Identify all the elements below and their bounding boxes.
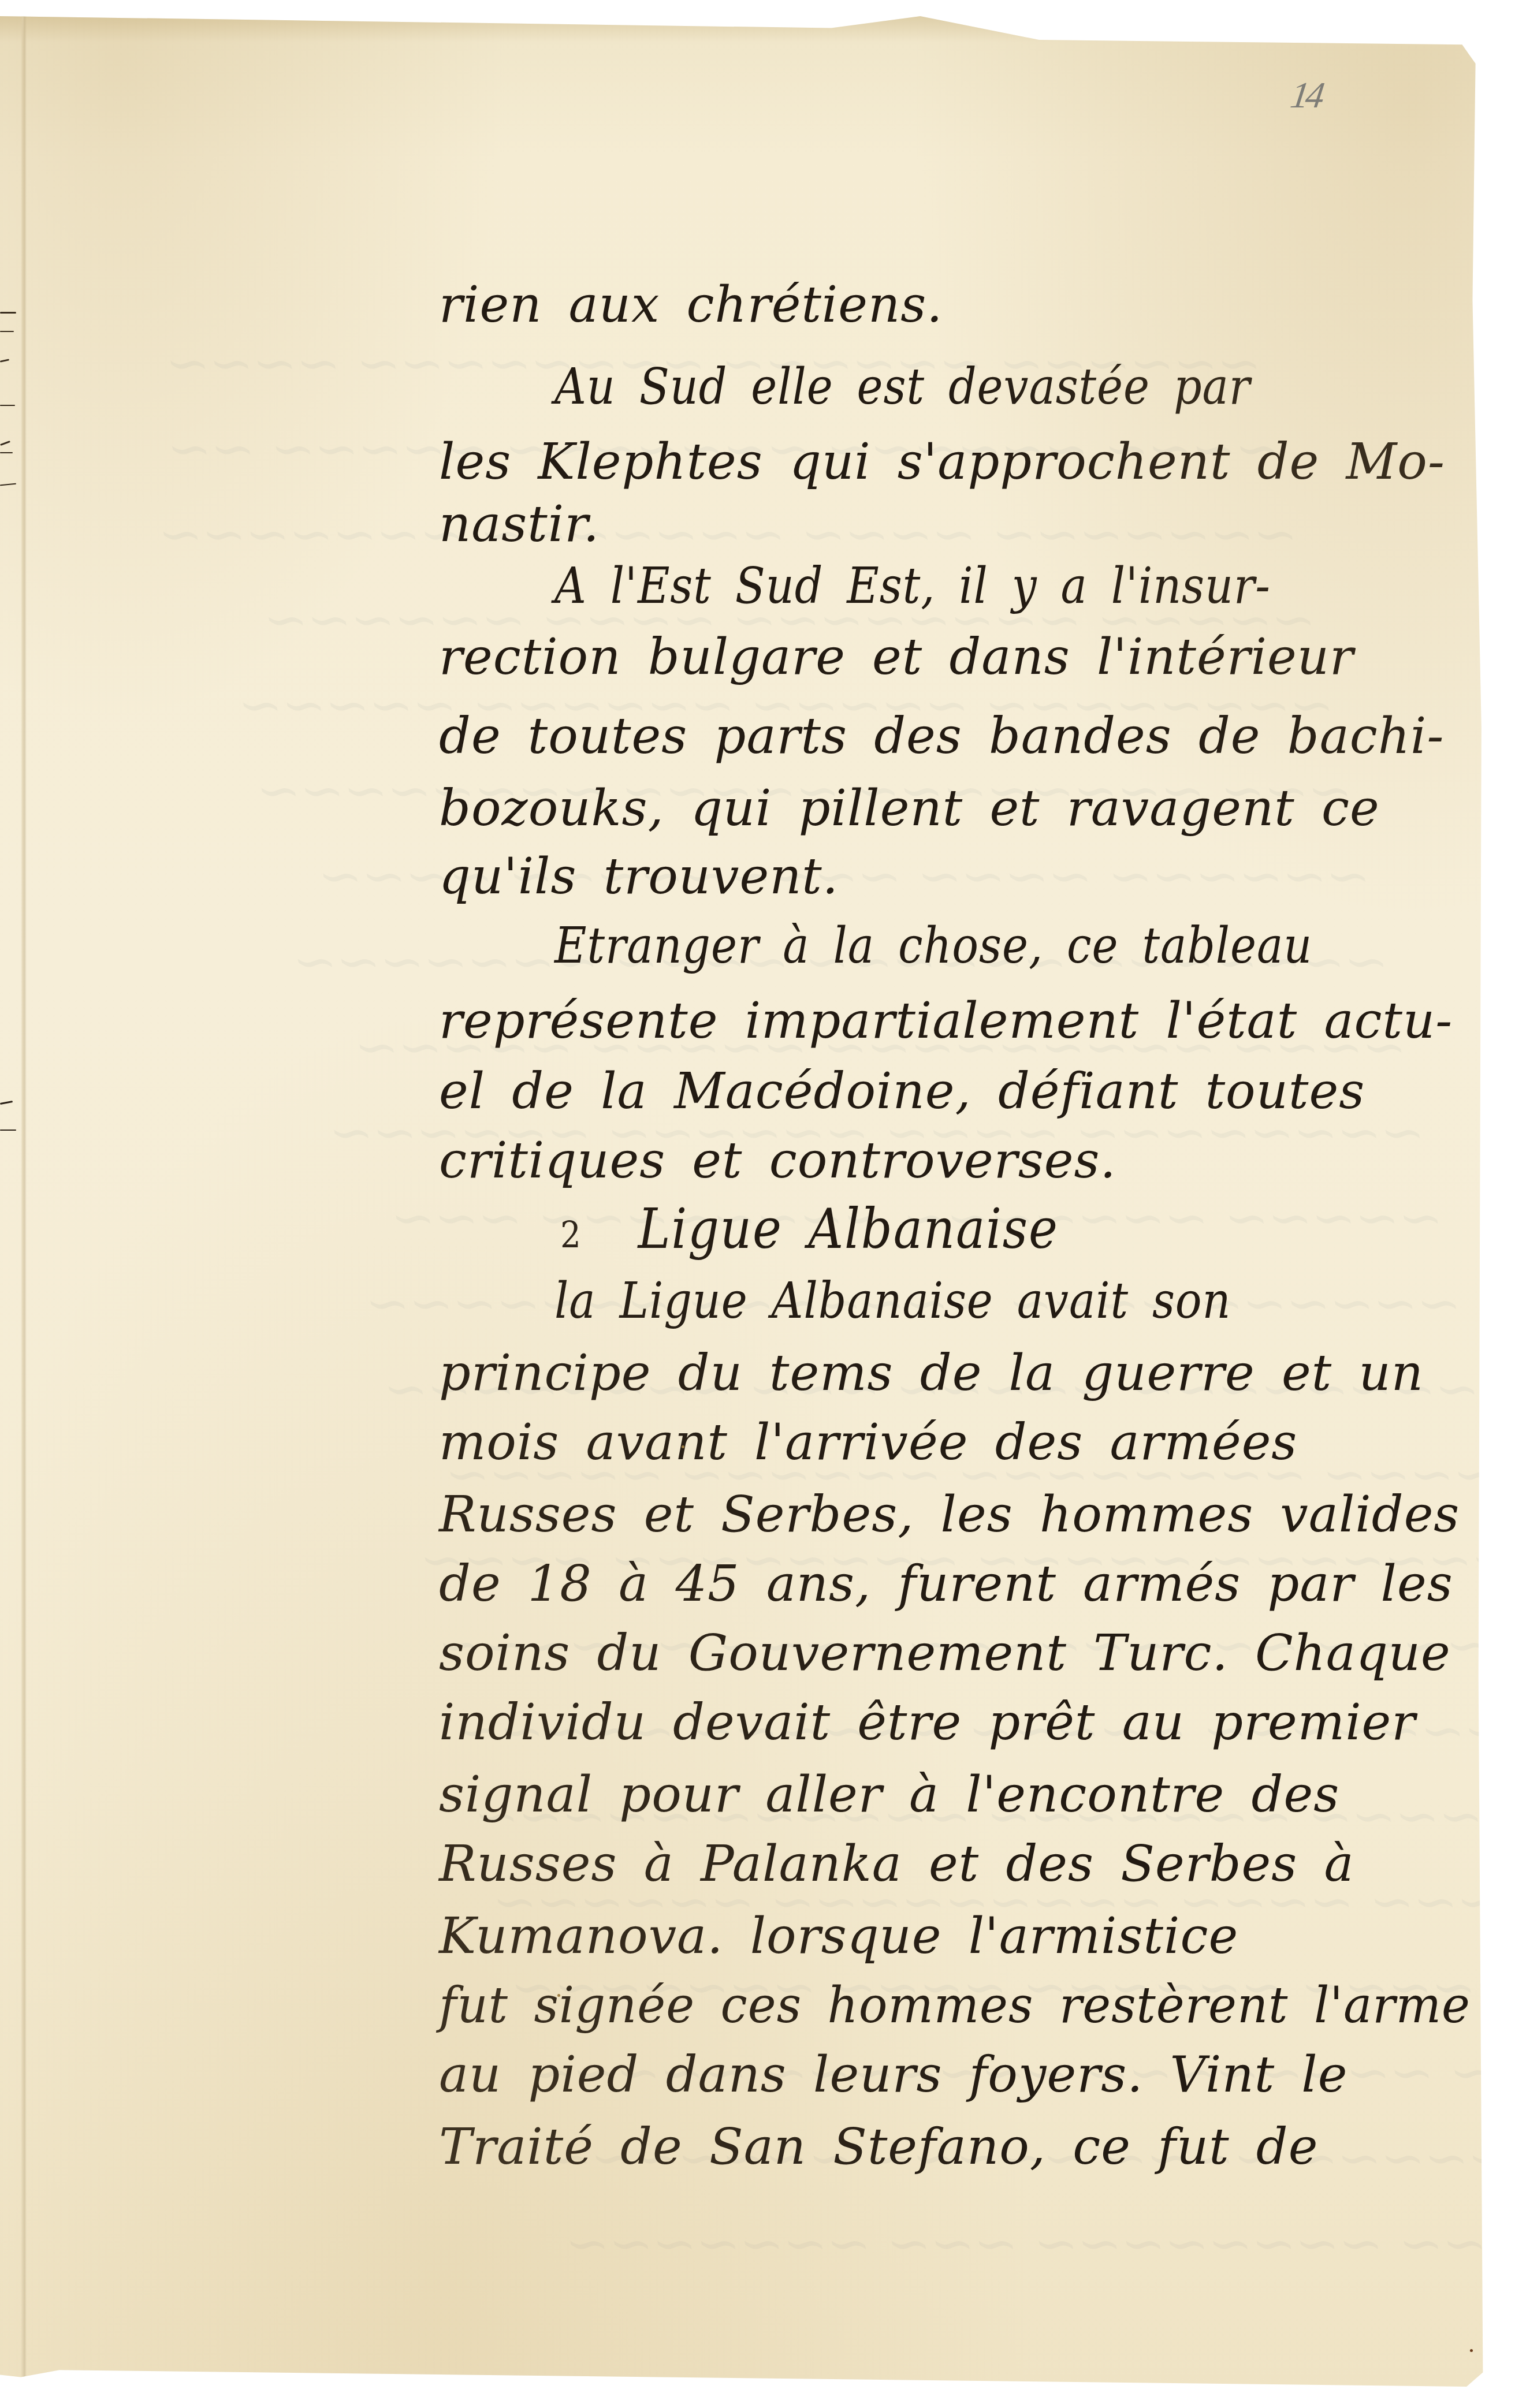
paper-speck xyxy=(557,1994,560,1997)
text-line: la Ligue Albanaise avait son xyxy=(554,1272,1469,1330)
paper-speck xyxy=(682,1445,684,1448)
text-line: principe du tems de la guerre et un xyxy=(439,1344,1470,1402)
text-line: de 18 à 45 ans, furent armés par les xyxy=(439,1555,1470,1613)
text-line: qu'ils trouvent. xyxy=(439,848,1470,905)
text-line: rection bulgare et dans l'intérieur xyxy=(439,628,1470,686)
text-line: de toutes parts des bandes de bachi- xyxy=(439,707,1470,765)
text-line: fut signée ces hommes restèrent l'arme xyxy=(439,1977,1432,2034)
text-line: mois avant l'arrivée des armées xyxy=(439,1414,1470,1471)
text-line: les Klephtes qui s'approchent de Mo- xyxy=(439,433,1470,491)
text-line: signal pour aller à l'encontre des xyxy=(439,1766,1470,1824)
text-line: critiques et controverses. xyxy=(439,1132,1470,1190)
text-line: nastir. xyxy=(439,495,1470,553)
text-line: el de la Macédoine, défiant toutes xyxy=(439,1063,1470,1120)
section-number: 2 xyxy=(560,1214,582,1257)
section-title: Ligue Albanaise xyxy=(638,1196,1058,1261)
text-line: individu devait être prêt au premier xyxy=(439,1694,1470,1751)
text-line: au pied dans leurs foyers. Vint le xyxy=(439,2046,1470,2104)
manuscript-text: rien aux chrétiens. Au Sud elle est deva… xyxy=(0,16,1484,2387)
text-line: Etranger à la chose, ce tableau xyxy=(554,917,1469,975)
text-line: Traité de San Stefano, ce fut de xyxy=(439,2118,1470,2176)
text-line: A l'Est Sud Est, il y a l'insur- xyxy=(554,557,1469,615)
manuscript-page: ~~~~~~ ~~~~~~ ~~~~~~~~ ~~~~ ~~~~ ~~~~~~ … xyxy=(0,16,1484,2387)
section-heading: 2Ligue Albanaise xyxy=(560,1200,1470,1265)
text-line: représente impartialement l'état actu- xyxy=(439,992,1470,1050)
text-line: rien aux chrétiens. xyxy=(439,276,1470,334)
text-line: bozouks, qui pillent et ravagent ce xyxy=(439,780,1470,837)
text-line: Russes et Serbes, les hommes valides xyxy=(439,1486,1470,1544)
text-line: soins du Gouvernement Turc. Chaque xyxy=(439,1624,1470,1682)
text-line: Au Sud elle est devastée par xyxy=(554,358,1469,416)
text-line: Kumanova. lorsque l'armistice xyxy=(439,1907,1470,1965)
paper-speck xyxy=(1470,2349,1473,2352)
text-line: Russes à Palanka et des Serbes à xyxy=(439,1835,1470,1893)
